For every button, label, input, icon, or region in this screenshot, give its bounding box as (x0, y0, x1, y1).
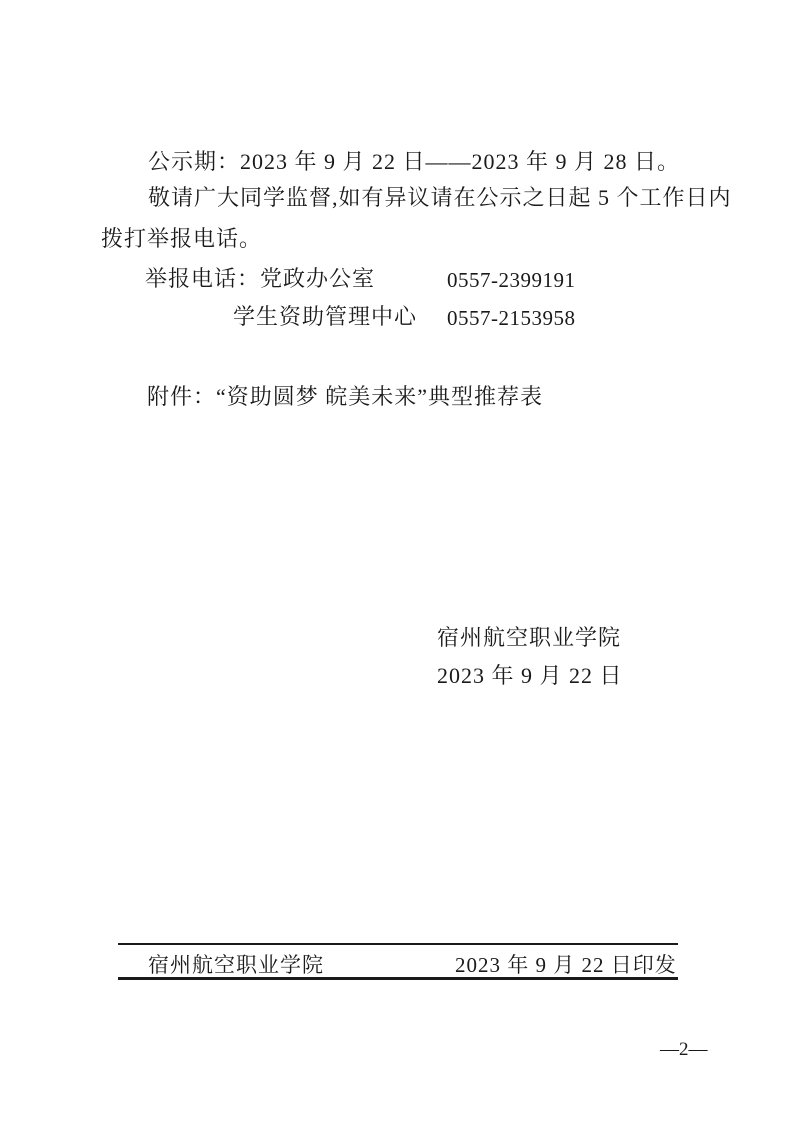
hotline-2-number: 0557-2153958 (447, 306, 576, 330)
footer-org: 宿州航空职业学院 (148, 953, 324, 977)
page-number: —2— (660, 1038, 708, 1062)
signature-org: 宿州航空职业学院 (437, 626, 621, 650)
footer-rule-bottom (118, 977, 678, 980)
hotline-2-office: 学生资助管理中心 (233, 305, 417, 329)
document-page: 公示期：2023 年 9 月 22 日——2023 年 9 月 28 日。 敬请… (0, 0, 793, 1122)
attachment-line: 附件：“资助圆梦 皖美未来”典型推荐表 (147, 385, 543, 409)
supervision-line-1: 敬请广大同学监督,如有异议请在公示之日起 5 个工作日内 (148, 186, 732, 210)
hotline-1-office: 党政办公室 (260, 266, 375, 291)
signature-date: 2023 年 9 月 22 日 (437, 664, 623, 688)
hotline-1-number: 0557-2399191 (447, 268, 576, 292)
hotline-label: 举报电话： (145, 266, 260, 291)
hotline-row-1: 举报电话：党政办公室 (145, 267, 375, 291)
footer-rule-top (118, 943, 678, 945)
supervision-line-2: 拨打举报电话。 (101, 227, 262, 251)
footer-issue-date: 2023 年 9 月 22 日印发 (455, 953, 677, 977)
publicity-period-line: 公示期：2023 年 9 月 22 日——2023 年 9 月 28 日。 (148, 150, 680, 174)
